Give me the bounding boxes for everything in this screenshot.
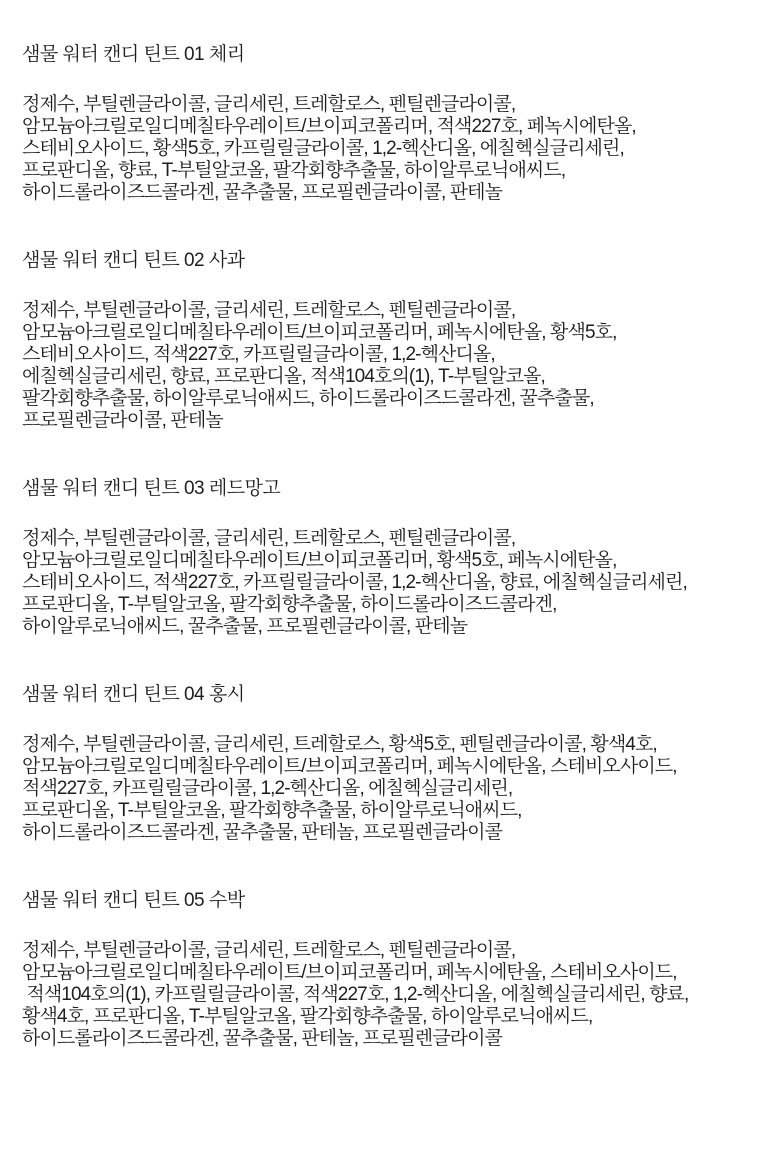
product-section-02: 샘물 워터 캔디 틴트 02 사과 정제수, 부틸렌글라이콜, 글리세린, 트레… (22, 250, 766, 432)
product-title-02: 샘물 워터 캔디 틴트 02 사과 (22, 250, 766, 272)
ingredients-text-05: 정제수, 부틸렌글라이콜, 글리세린, 트레할로스, 펜틸렌글라이콜, 암모늄아… (22, 940, 766, 1050)
product-title-03: 샘물 워터 캔디 틴트 03 레드망고 (22, 478, 766, 500)
ingredient-document: 샘물 워터 캔디 틴트 01 체리 정제수, 부틸렌글라이콜, 글리세린, 트레… (0, 0, 780, 1050)
product-title-01: 샘물 워터 캔디 틴트 01 체리 (22, 44, 766, 66)
ingredients-text-03: 정제수, 부틸렌글라이콜, 글리세린, 트레할로스, 펜틸렌글라이콜, 암모늄아… (22, 528, 766, 638)
product-section-03: 샘물 워터 캔디 틴트 03 레드망고 정제수, 부틸렌글라이콜, 글리세린, … (22, 478, 766, 638)
product-title-04: 샘물 워터 캔디 틴트 04 홍시 (22, 684, 766, 706)
ingredients-text-02: 정제수, 부틸렌글라이콜, 글리세린, 트레할로스, 펜틸렌글라이콜, 암모늄아… (22, 300, 766, 432)
product-title-05: 샘물 워터 캔디 틴트 05 수박 (22, 890, 766, 912)
product-section-05: 샘물 워터 캔디 틴트 05 수박 정제수, 부틸렌글라이콜, 글리세린, 트레… (22, 890, 766, 1050)
product-section-01: 샘물 워터 캔디 틴트 01 체리 정제수, 부틸렌글라이콜, 글리세린, 트레… (22, 44, 766, 204)
ingredients-text-01: 정제수, 부틸렌글라이콜, 글리세린, 트레할로스, 펜틸렌글라이콜, 암모늄아… (22, 94, 766, 204)
product-section-04: 샘물 워터 캔디 틴트 04 홍시 정제수, 부틸렌글라이콜, 글리세린, 트레… (22, 684, 766, 844)
ingredients-text-04: 정제수, 부틸렌글라이콜, 글리세린, 트레할로스, 황색5호, 펜틸렌글라이콜… (22, 734, 766, 844)
